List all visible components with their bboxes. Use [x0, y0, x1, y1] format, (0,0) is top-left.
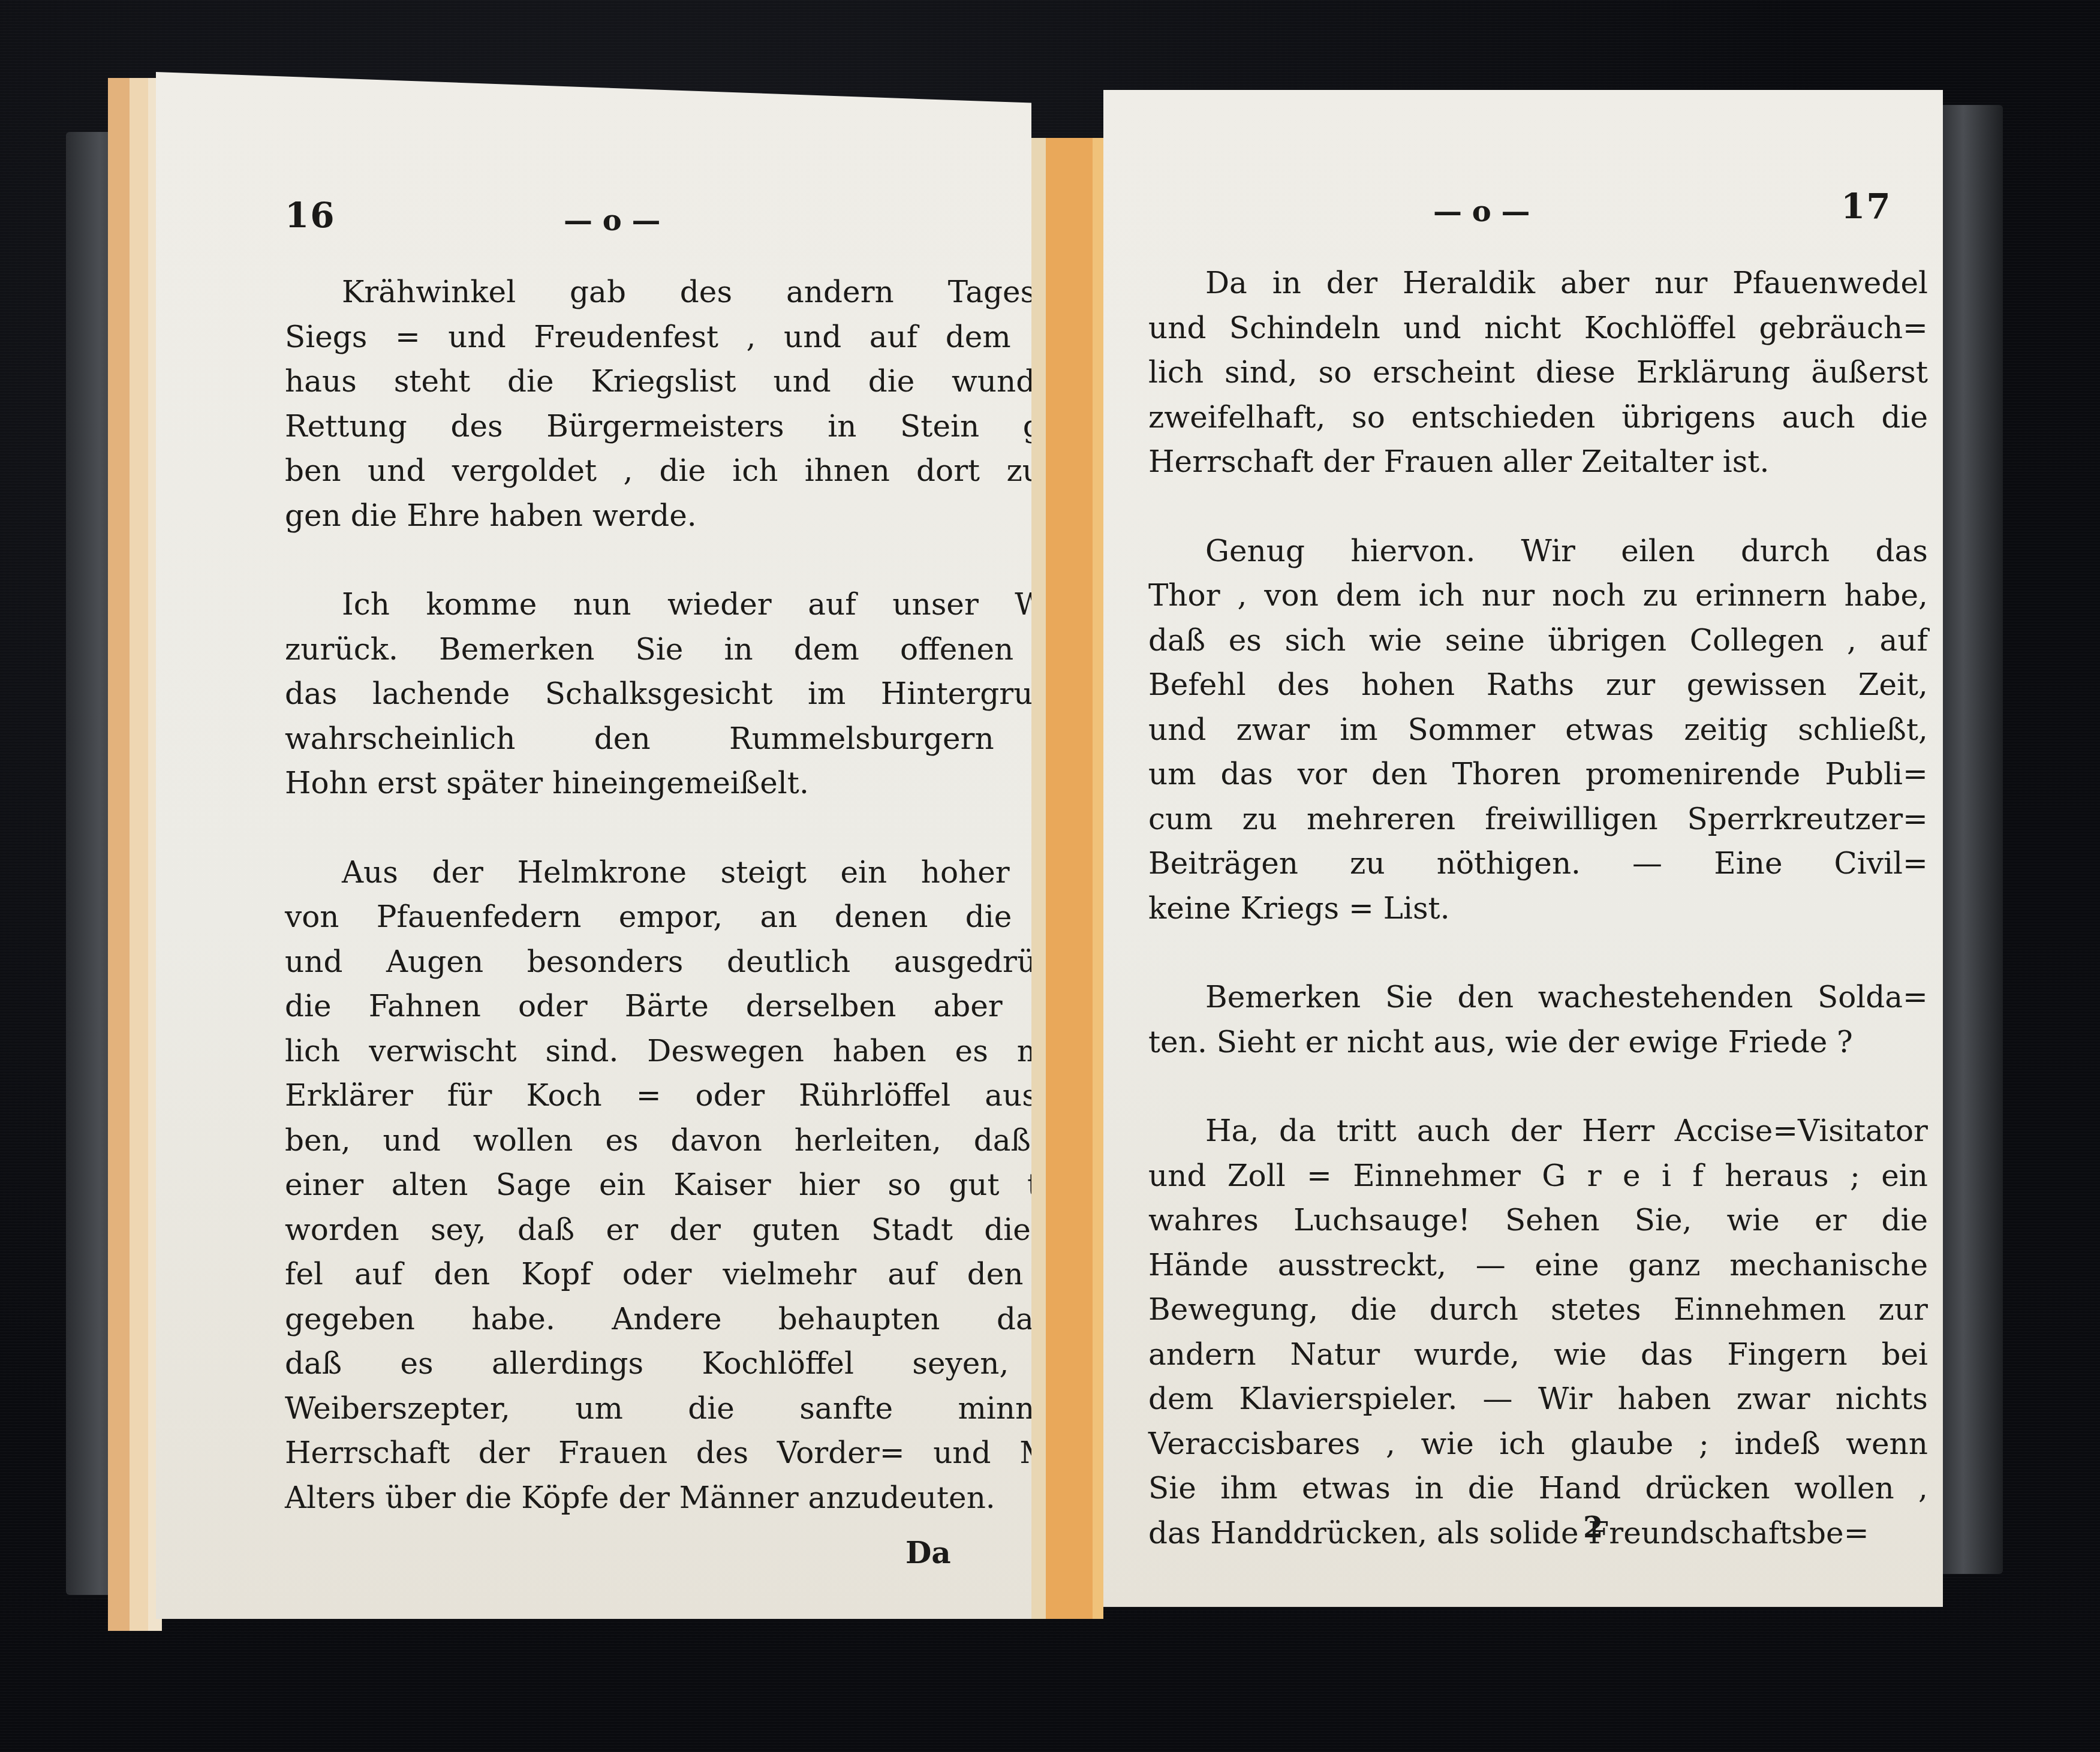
left-page: 16 — o — Krähwinkel gab des andern Tages…	[156, 72, 1031, 1619]
text-line: wahrscheinlich den Rummelsburgern zum	[285, 717, 1136, 761]
text-line: das lachende Schalksgesicht im Hintergru…	[285, 672, 1136, 717]
text-line: wahres Luchsauge! Sehen Sie, wie er die	[1148, 1198, 1928, 1243]
text-line: Befehl des hohen Raths zur gewissen Zeit…	[1148, 663, 1928, 708]
text-line: Krähwinkel gab des andern Tages ein	[285, 270, 1136, 315]
text-line: Alters über die Köpfe der Männer anzudeu…	[285, 1476, 1136, 1521]
text-line: daß es allerdings Kochlöffel seyen, aber	[285, 1341, 1136, 1386]
book-gutter	[1031, 138, 1103, 1619]
text-line: ben und vergoldet , die ich ihnen dort z…	[285, 448, 1136, 493]
paragraph: Genug hiervon. Wir eilen durch dasThor ,…	[1148, 529, 1928, 931]
text-line: Hände ausstreckt, — eine ganz mechanisch…	[1148, 1243, 1928, 1288]
text-line: einer alten Sage ein Kaiser hier so gut …	[285, 1163, 1136, 1208]
paragraph: Ich komme nun wieder auf unser Wappenzur…	[285, 582, 1136, 806]
text-line: zurück. Bemerken Sie in dem offenen Helm	[285, 627, 1136, 672]
text-line: lich sind, so erscheint diese Erklärung …	[1148, 350, 1928, 395]
paragraph: Aus der Helmkrone steigt ein hoher Busch…	[285, 850, 1136, 1521]
text-line: daß es sich wie seine übrigen Collegen ,…	[1148, 618, 1928, 663]
text-line: ben, und wollen es davon herleiten, daß …	[285, 1118, 1136, 1163]
left-page-body: Krähwinkel gab des andern Tages einSiegs…	[285, 270, 1136, 1564]
text-line: cum zu mehreren freiwilligen Sperrkreutz…	[1148, 797, 1928, 842]
text-line: Bemerken Sie den wachestehenden Solda=	[1148, 975, 1928, 1020]
text-line: Herrschaft der Frauen des Vorder= und Mi…	[285, 1431, 1136, 1476]
text-line: und zwar im Sommer etwas zeitig schließt…	[1148, 708, 1928, 752]
paragraph: Da in der Heraldik aber nur Pfauenwedelu…	[1148, 261, 1928, 484]
paragraph: Bemerken Sie den wachestehenden Solda=te…	[1148, 975, 1928, 1064]
text-line: Da in der Heraldik aber nur Pfauenwedel	[1148, 261, 1928, 306]
text-line: Sie ihm etwas in die Hand drücken wollen…	[1148, 1466, 1928, 1511]
text-line: Bewegung, die durch stetes Einnehmen zur	[1148, 1287, 1928, 1332]
text-line: gegeben habe. Andere behaupten dagegen,	[285, 1297, 1136, 1342]
text-line: die Fahnen oder Bärte derselben aber zie…	[285, 984, 1136, 1029]
text-line: lich verwischt sind. Deswegen haben es m…	[285, 1029, 1136, 1074]
text-line: um das vor den Thoren promenirende Publi…	[1148, 752, 1928, 797]
text-line: und Zoll = Einnehmer G r e i f heraus ; …	[1148, 1154, 1928, 1199]
text-line: dem Klavierspieler. — Wir haben zwar nic…	[1148, 1377, 1928, 1422]
text-line: Siegs = und Freudenfest , und auf dem Ra…	[285, 315, 1136, 360]
header-ornament: — o —	[1433, 195, 1530, 228]
text-line: keine Kriegs = List.	[1148, 886, 1928, 931]
paragraph: Krähwinkel gab des andern Tages einSiegs…	[285, 270, 1136, 538]
signature-mark: 2	[1583, 1511, 1603, 1545]
text-line: und Augen besonders deutlich ausgedrückt…	[285, 940, 1136, 985]
text-line: Beiträgen zu nöthigen. — Eine Civil=	[1148, 841, 1928, 886]
text-line: das Handdrücken, als solide Freundschaft…	[1148, 1511, 1928, 1556]
text-line: Genug hiervon. Wir eilen durch das	[1148, 529, 1928, 574]
right-page-body: Da in der Heraldik aber nur Pfauenwedelu…	[1148, 261, 1928, 1600]
text-line: ten. Sieht er nicht aus, wie der ewige F…	[1148, 1020, 1928, 1065]
page-number: 17	[1841, 186, 1892, 227]
text-line: Ha, da tritt auch der Herr Accise=Visita…	[1148, 1109, 1928, 1154]
text-line: haus steht die Kriegslist und die wunder…	[285, 359, 1136, 404]
text-line: Aus der Helmkrone steigt ein hoher Busch	[285, 850, 1136, 895]
catchword: Da	[905, 1535, 951, 1570]
text-line: und Schindeln und nicht Kochlöffel gebrä…	[1148, 306, 1928, 351]
text-line: fel auf den Kopf oder vielmehr auf den H…	[285, 1252, 1136, 1297]
page-number: 16	[285, 195, 336, 236]
text-line: zweifelhaft, so entschieden übrigens auc…	[1148, 395, 1928, 440]
text-line: Hohn erst später hineingemeißelt.	[285, 761, 1136, 806]
text-line: von Pfauenfedern empor, an denen die Sti…	[285, 895, 1136, 940]
text-line: Erklärer für Koch = oder Rührlöffel ausg…	[285, 1073, 1136, 1118]
paragraph: Ha, da tritt auch der Herr Accise=Visita…	[1148, 1109, 1928, 1555]
text-line: worden sey, daß er der guten Stadt die L…	[285, 1208, 1136, 1253]
text-line: Thor , von dem ich nur noch zu erinnern …	[1148, 573, 1928, 618]
header-ornament: — o —	[564, 204, 660, 237]
page-edges-stack	[108, 78, 162, 1631]
text-line: andern Natur wurde, wie das Fingern bei	[1148, 1332, 1928, 1377]
book-cover-right-edge	[1937, 105, 2003, 1574]
text-line: Weiberszepter, um die sanfte minnigliche	[285, 1386, 1136, 1431]
right-page: 17 — o — Da in der Heraldik aber nur Pfa…	[1103, 90, 1943, 1607]
text-line: Ich komme nun wieder auf unser Wappen	[285, 582, 1136, 627]
text-line: Herrschaft der Frauen aller Zeitalter is…	[1148, 439, 1928, 484]
text-line: gen die Ehre haben werde.	[285, 493, 1136, 538]
text-line: Veraccisbares , wie ich glaube ; indeß w…	[1148, 1422, 1928, 1467]
text-line: Rettung des Bürgermeisters in Stein gegr…	[285, 404, 1136, 449]
